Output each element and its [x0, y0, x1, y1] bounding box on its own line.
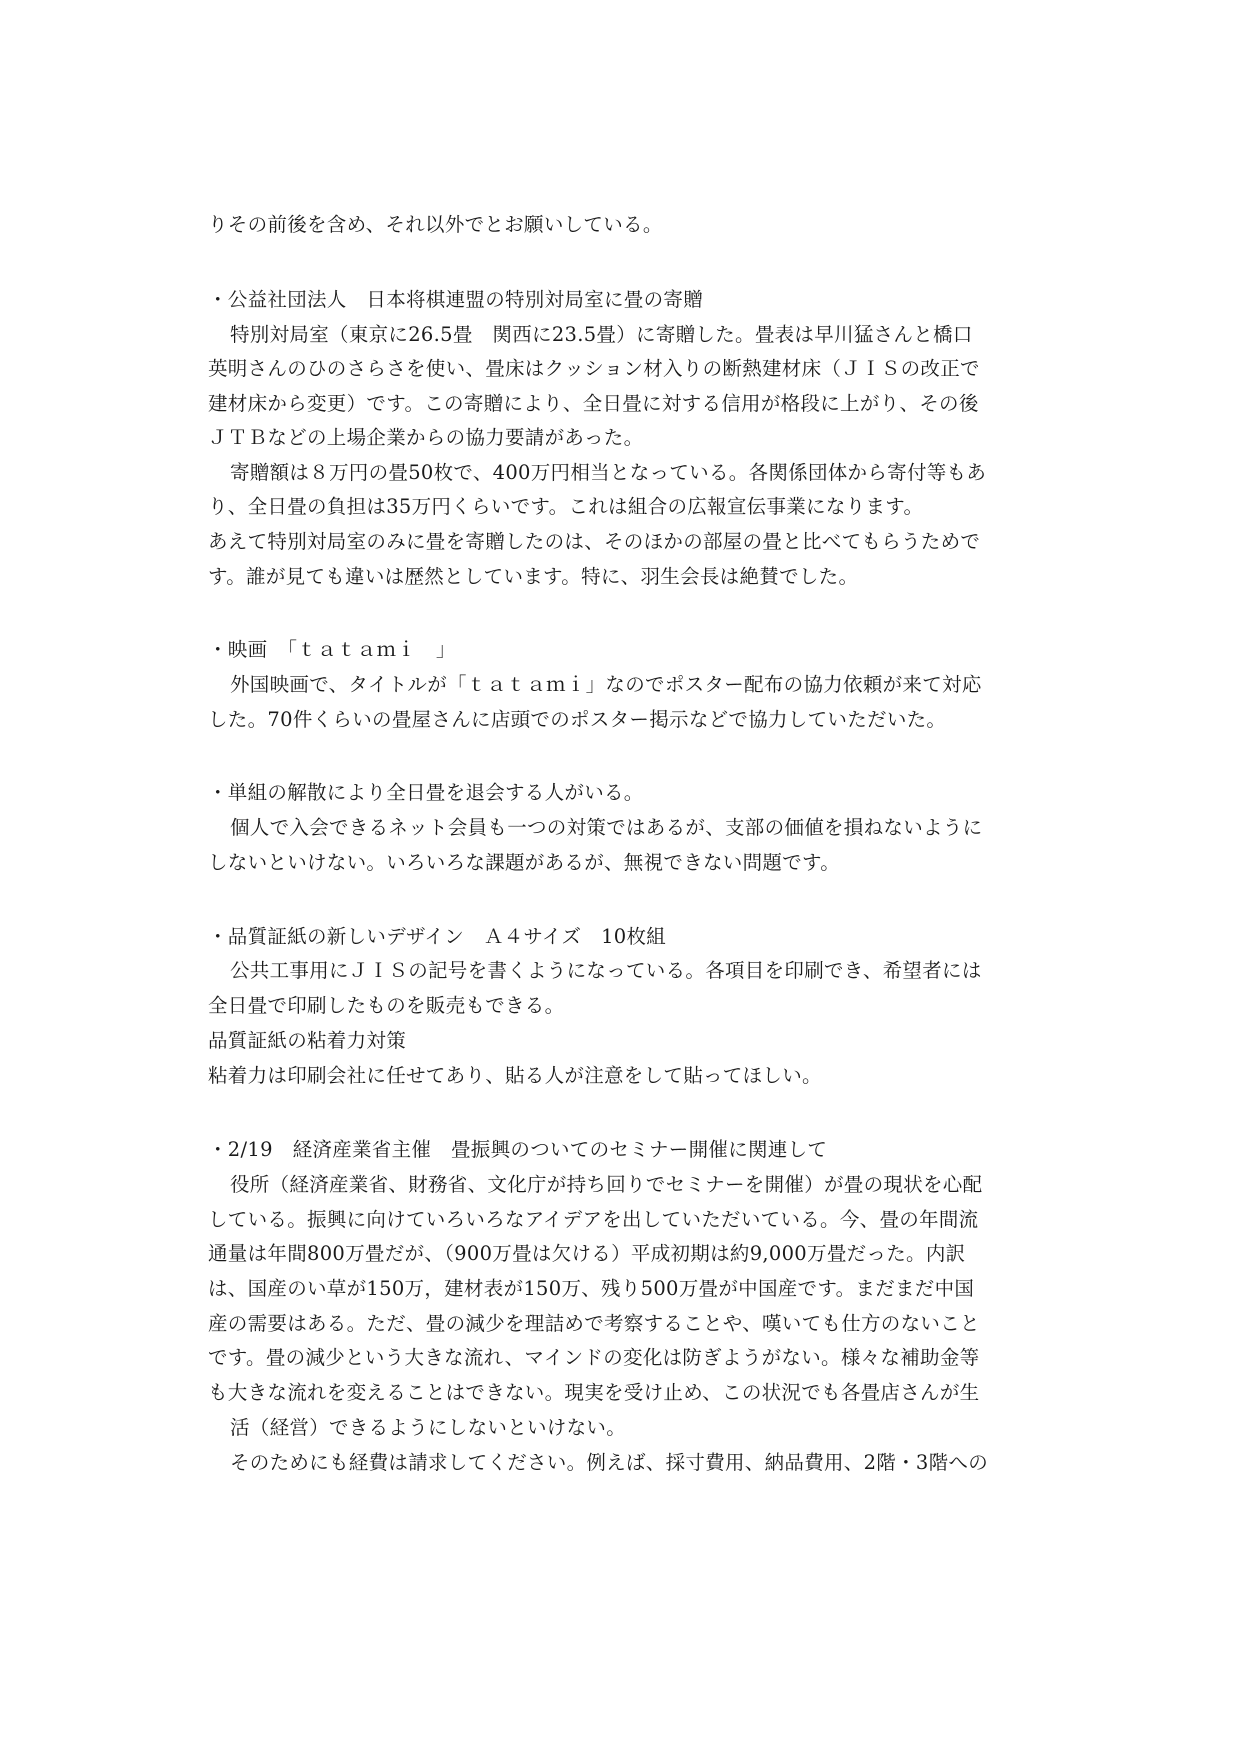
text-line: ＪＴＢなどの上場企業からの協力要請があった。: [208, 425, 1058, 451]
document-page: りその前後を含め、それ以外でとお願いしている。 ・公益社団法人 日本将棋連盟の特…: [0, 0, 1241, 1755]
text-line: 英明さんのひのさらさを使い、畳床はクッション材入りの断熱建材床（ＪＩＳの改正で: [208, 356, 1058, 382]
text-line: している。振興に向けていろいろなアイデアを出していただいている。今、畳の年間流: [208, 1207, 1058, 1233]
section-heading-movie-tatami: ・映画 「ｔａｔａｍｉ 」: [208, 637, 1058, 663]
text-line: 公共工事用にＪＩＳの記号を書くようになっている。各項目を印刷でき、希望者には: [208, 958, 1080, 984]
text-line: 特別対局室（東京に26.5畳 関西に23.5畳）に寄贈した。畳表は早川猛さんと橋…: [208, 322, 1080, 348]
text-line: 個人で入会できるネット会員も一つの対策ではあるが、支部の価値を損ねないように: [208, 815, 1080, 841]
text-line: 外国映画で、タイトルが「ｔａｔａｍｉ」なのでポスター配布の協力依頼が来て対応: [208, 672, 1080, 698]
text-line: あえて特別対局室のみに畳を寄贈したのは、そのほかの部屋の畳と比べてもらうためで: [208, 529, 1058, 555]
section-heading-shogi-donation: ・公益社団法人 日本将棋連盟の特別対局室に畳の寄贈: [208, 287, 1058, 313]
text-line: 産の需要はある。ただ、畳の減少を理詰めで考察することや、嘆いても仕方のないこと: [208, 1311, 1058, 1337]
text-line: 粘着力は印刷会社に任せてあり、貼る人が注意をして貼ってほしい。: [208, 1063, 1058, 1089]
text-line: は、国産のい草が150万，建材表が150万、残り500万畳が中国産です。まだまだ…: [208, 1276, 1058, 1302]
text-line: 活（経営）できるようにしないといけない。: [208, 1415, 1080, 1441]
text-line: 建材床から変更）です。この寄贈により、全日畳に対する信用が格段に上がり、その後: [208, 391, 1058, 417]
text-line: しないといけない。いろいろな課題があるが、無視できない問題です。: [208, 850, 1058, 876]
section-heading-withdrawal: ・単組の解散により全日畳を退会する人がいる。: [208, 780, 1058, 806]
subheading-adhesion: 品質証紙の粘着力対策: [208, 1028, 1058, 1054]
text-line: 役所（経済産業省、財務省、文化庁が持ち回りでセミナーを開催）が畳の現状を心配: [208, 1172, 1080, 1198]
text-line: です。畳の減少という大きな流れ、マインドの変化は防ぎようがない。様々な補助金等: [208, 1345, 1058, 1371]
text-line: 全日畳で印刷したものを販売もできる。: [208, 993, 1058, 1019]
text-line: そのためにも経費は請求してください。例えば、採寸費用、納品費用、2階・3階への: [208, 1450, 1080, 1476]
text-line: り、全日畳の負担は35万円くらいです。これは組合の広報宣伝事業になります。: [208, 494, 1058, 520]
text-line: 通量は年間800万畳だが、（900万畳は欠ける）平成初期は約9,000万畳だった…: [208, 1241, 1058, 1267]
text-line: 寄贈額は８万円の畳50枚で、400万円相当となっている。各関係団体から寄付等もあ: [208, 460, 1080, 486]
text-line: も大きな流れを変えることはできない。現実を受け止め、この状況でも各畳店さんが生: [208, 1380, 1058, 1406]
section-heading-quality-label: ・品質証紙の新しいデザイン Ａ４サイズ 10枚組: [208, 924, 1058, 950]
text-line: す。誰が見ても違いは歴然としています。特に、羽生会長は絶賛でした。: [208, 564, 1058, 590]
text-line: りその前後を含め、それ以外でとお願いしている。: [208, 212, 1058, 238]
section-heading-seminar: ・2/19 経済産業省主催 畳振興のついてのセミナー開催に関連して: [208, 1137, 1058, 1163]
text-line: した。70件くらいの畳屋さんに店頭でのポスター掲示などで協力していただいた。: [208, 707, 1058, 733]
